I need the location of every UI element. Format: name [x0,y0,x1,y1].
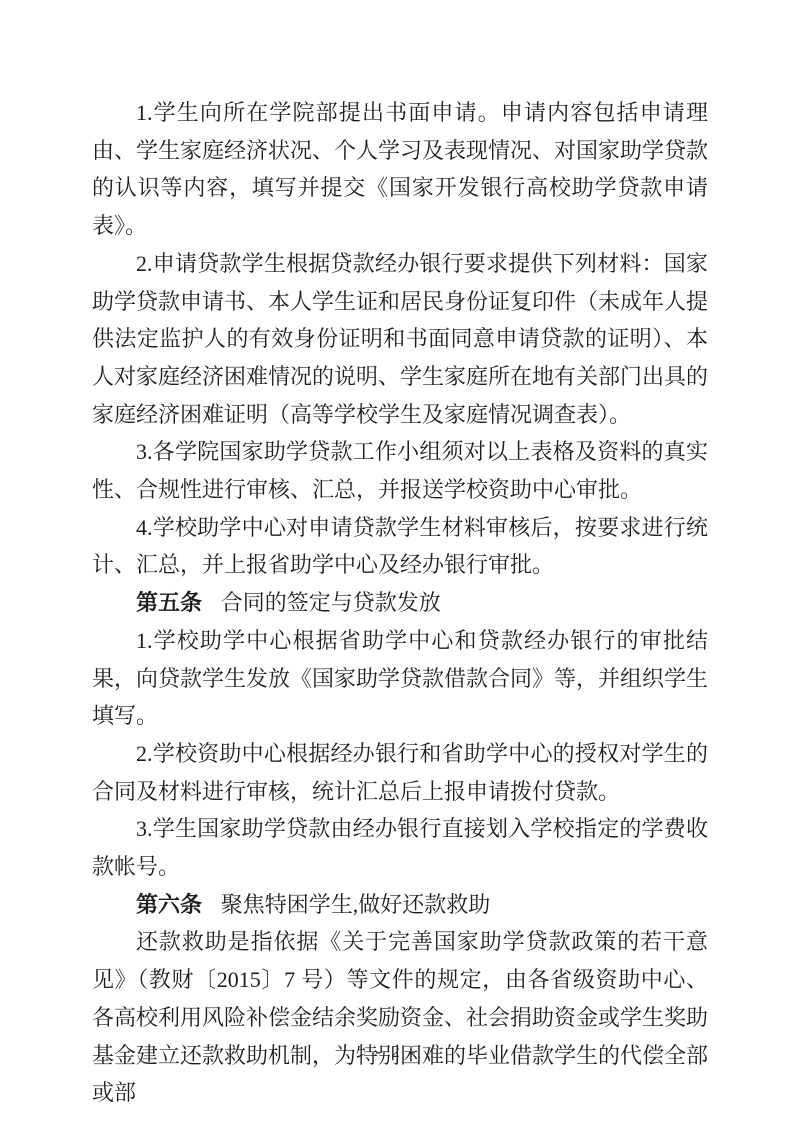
paragraph-article5-step2: 2.学校资助中心根据经办银行和省助学中心的授权对学生的合同及材料进行审核，统计汇… [92,735,708,810]
paragraph-application-step4: 4.学校助学中心对申请贷款学生材料审核后，按要求进行统计、汇总，并上报省助学中心… [92,509,708,584]
paragraph-application-step2: 2.申请贷款学生根据贷款经办银行要求提供下列材料：国家助学贷款申请书、本人学生证… [92,245,708,434]
paragraph-application-step1: 1.学生向所在学院部提出书面申请。申请内容包括申请理由、学生家庭经济状况、个人学… [92,94,708,245]
document-body: 1.学生向所在学院部提出书面申请。申请内容包括申请理由、学生家庭经济状况、个人学… [92,94,708,1112]
article-6-title: 聚焦特困学生,做好还款救助 [221,892,491,917]
page-number: - 2 - [0,1040,794,1064]
section-heading-article-5: 第五条合同的签定与贷款发放 [92,584,708,622]
paragraph-application-step3: 3.各学院国家助学贷款工作小组须对以上表格及资料的真实性、合规性进行审核、汇总，… [92,433,708,508]
paragraph-article6-body: 还款救助是指依据《关于完善国家助学贷款政策的若干意见》（教财〔2015〕7 号）… [92,923,708,1112]
article-6-number: 第六条 [136,892,202,917]
section-heading-article-6: 第六条聚焦特困学生,做好还款救助 [92,886,708,924]
paragraph-article5-step1: 1.学校助学中心根据省助学中心和贷款经办银行的审批结果，向贷款学生发放《国家助学… [92,622,708,735]
paragraph-article5-step3: 3.学生国家助学贷款由经办银行直接划入学校指定的学费收款帐号。 [92,810,708,885]
document-page: 1.学生向所在学院部提出书面申请。申请内容包括申请理由、学生家庭经济状况、个人学… [0,0,794,1123]
article-5-title: 合同的签定与贷款发放 [221,590,441,615]
article-5-number: 第五条 [136,590,202,615]
